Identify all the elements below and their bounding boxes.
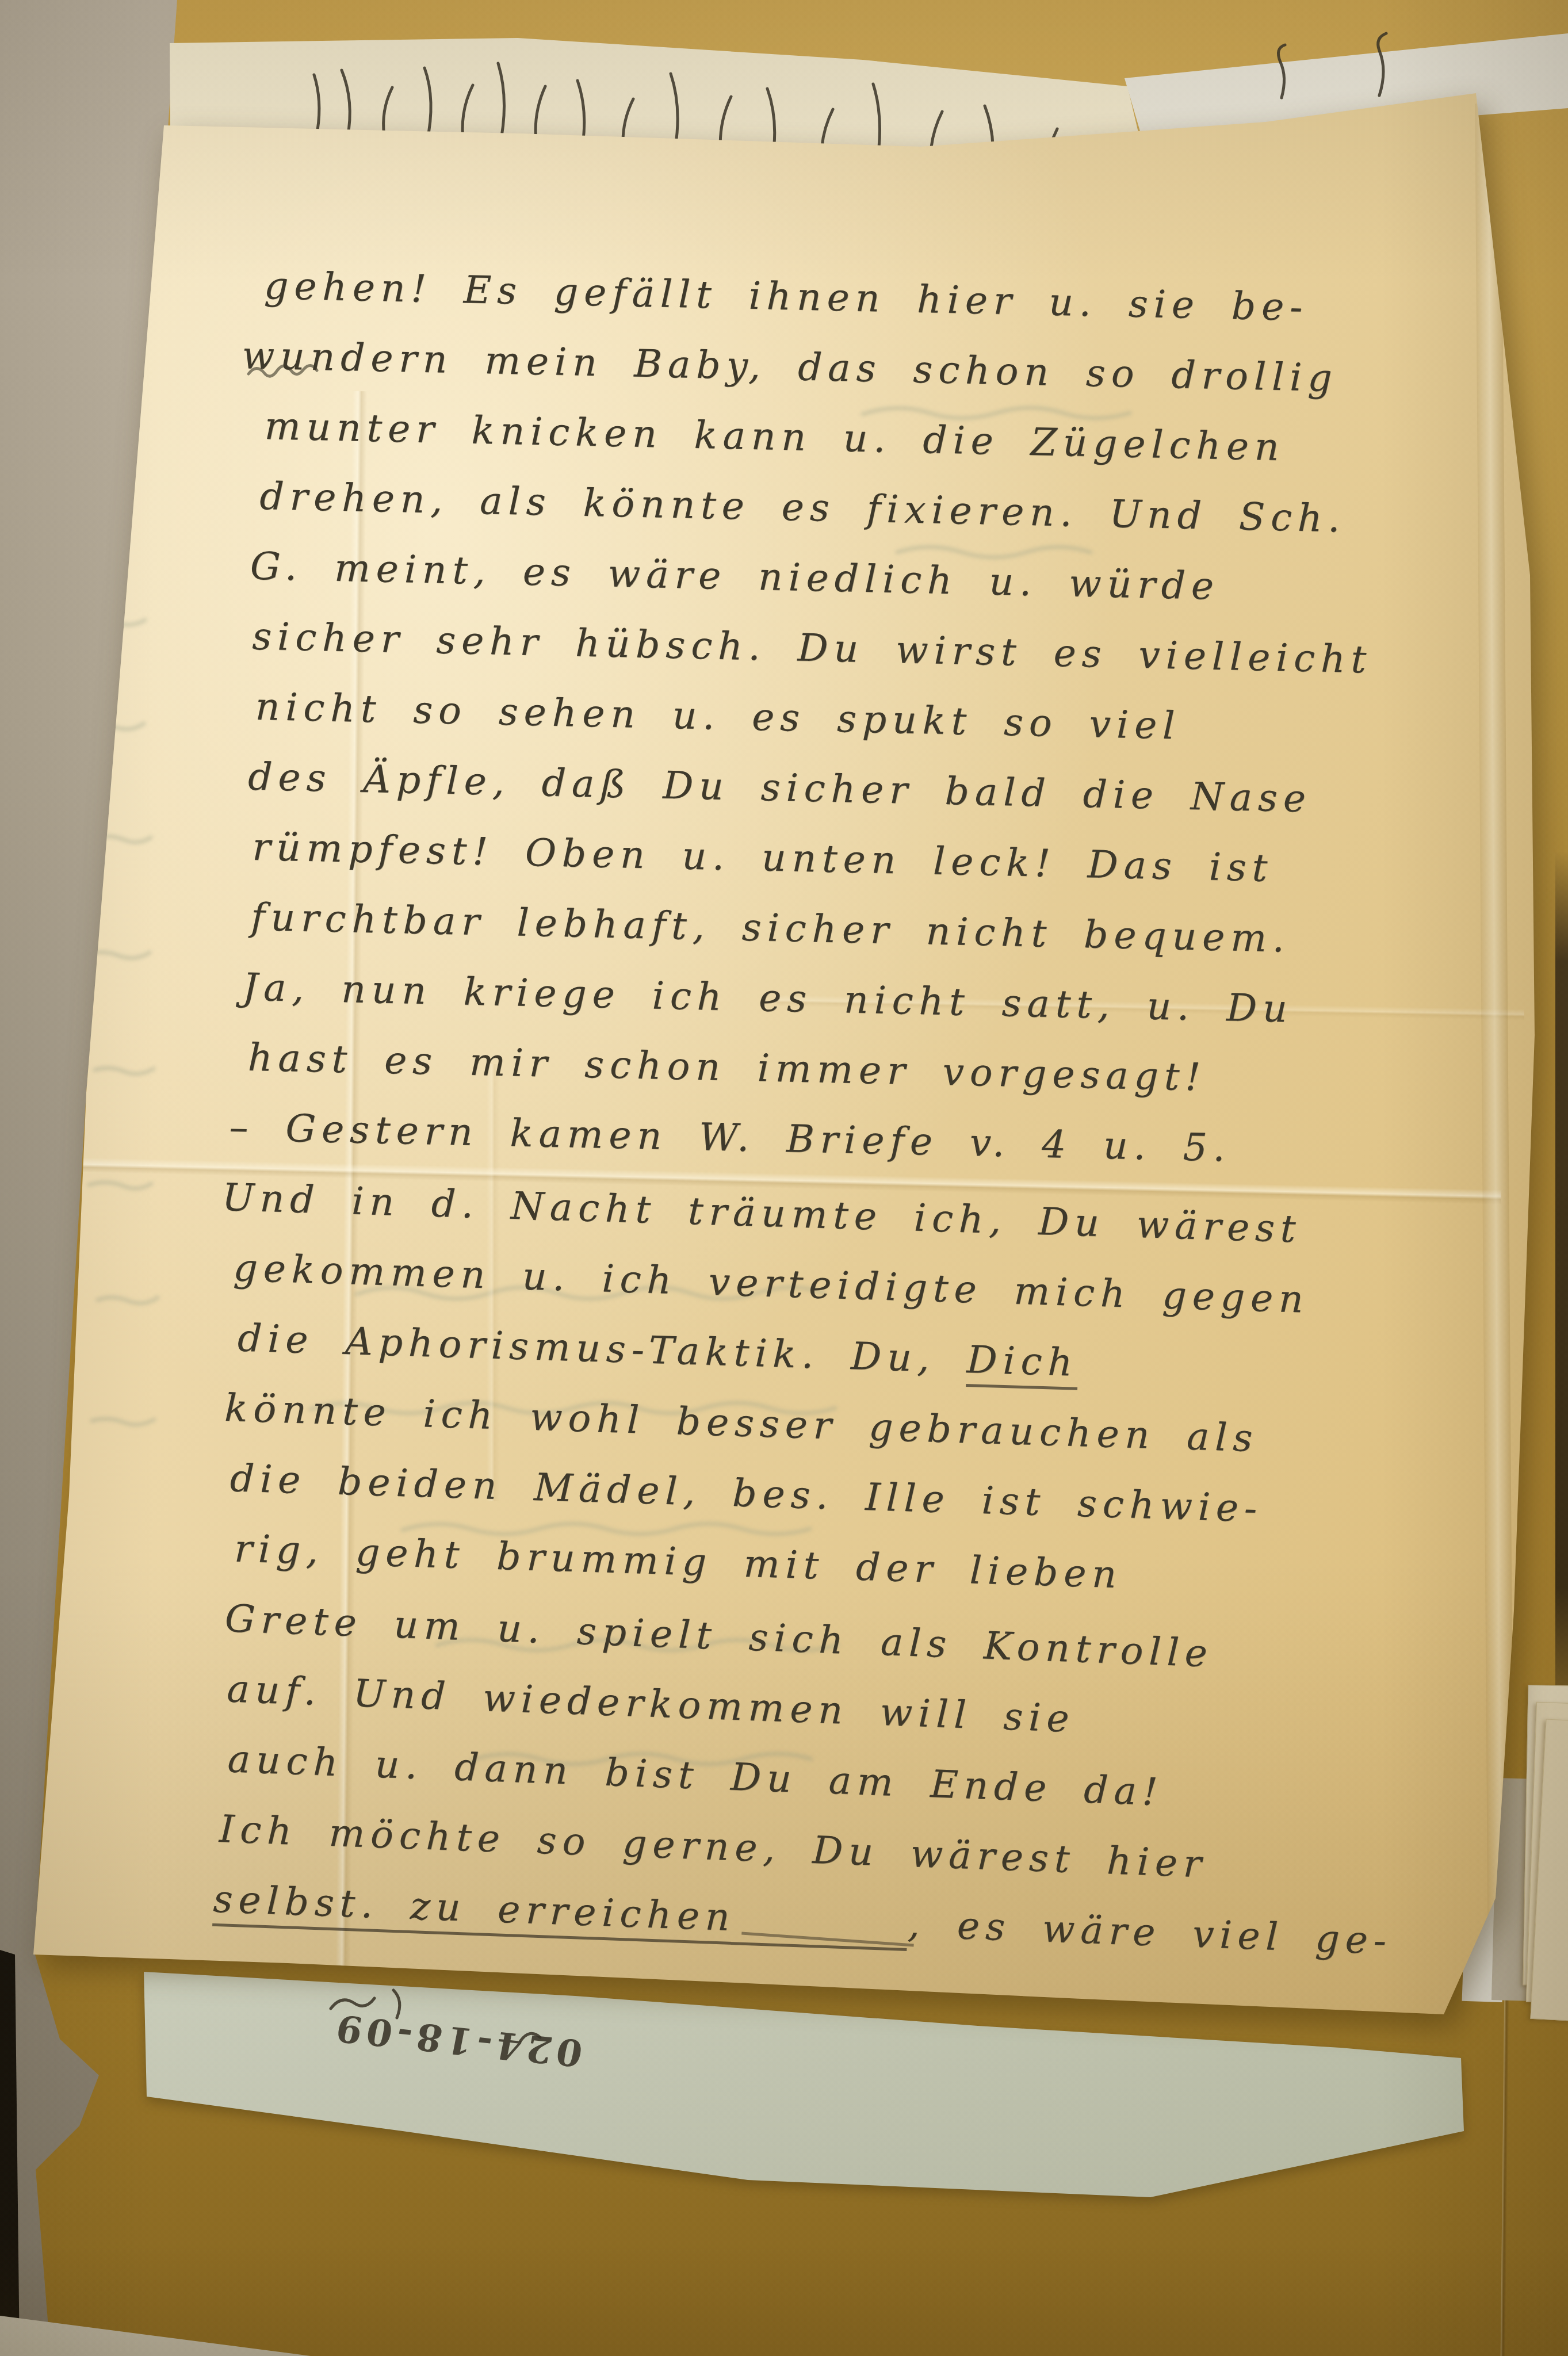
photo-of-handwritten-letter: 024-18-09 bbox=[0, 0, 1568, 2356]
photo-vignette bbox=[0, 0, 1568, 2356]
